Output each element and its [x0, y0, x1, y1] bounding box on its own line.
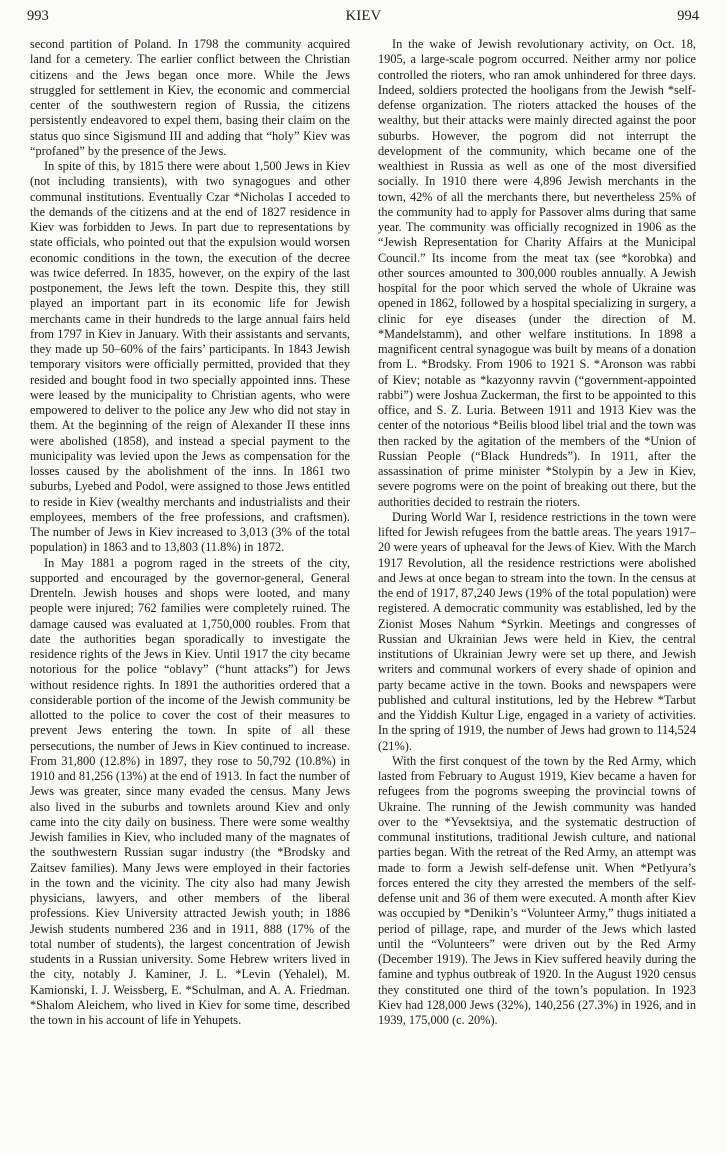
paragraph: In May 1881 a pogrom raged in the street…	[30, 556, 350, 1029]
right-column: In the wake of Jewish revolutionary acti…	[378, 37, 696, 1028]
paragraph: During World War I, residence restrictio…	[378, 510, 696, 754]
left-column: second partition of Poland. In 1798 the …	[30, 37, 350, 1028]
paragraph: With the first conquest of the town by t…	[378, 754, 696, 1029]
paragraph: In the wake of Jewish revolutionary acti…	[378, 37, 696, 510]
running-title: KIEV	[0, 8, 727, 25]
page-number-right: 994	[677, 8, 699, 25]
running-header: 993 KIEV 994	[0, 4, 727, 26]
paragraph: In spite of this, by 1815 there were abo…	[30, 159, 350, 556]
paragraph: second partition of Poland. In 1798 the …	[30, 37, 350, 159]
